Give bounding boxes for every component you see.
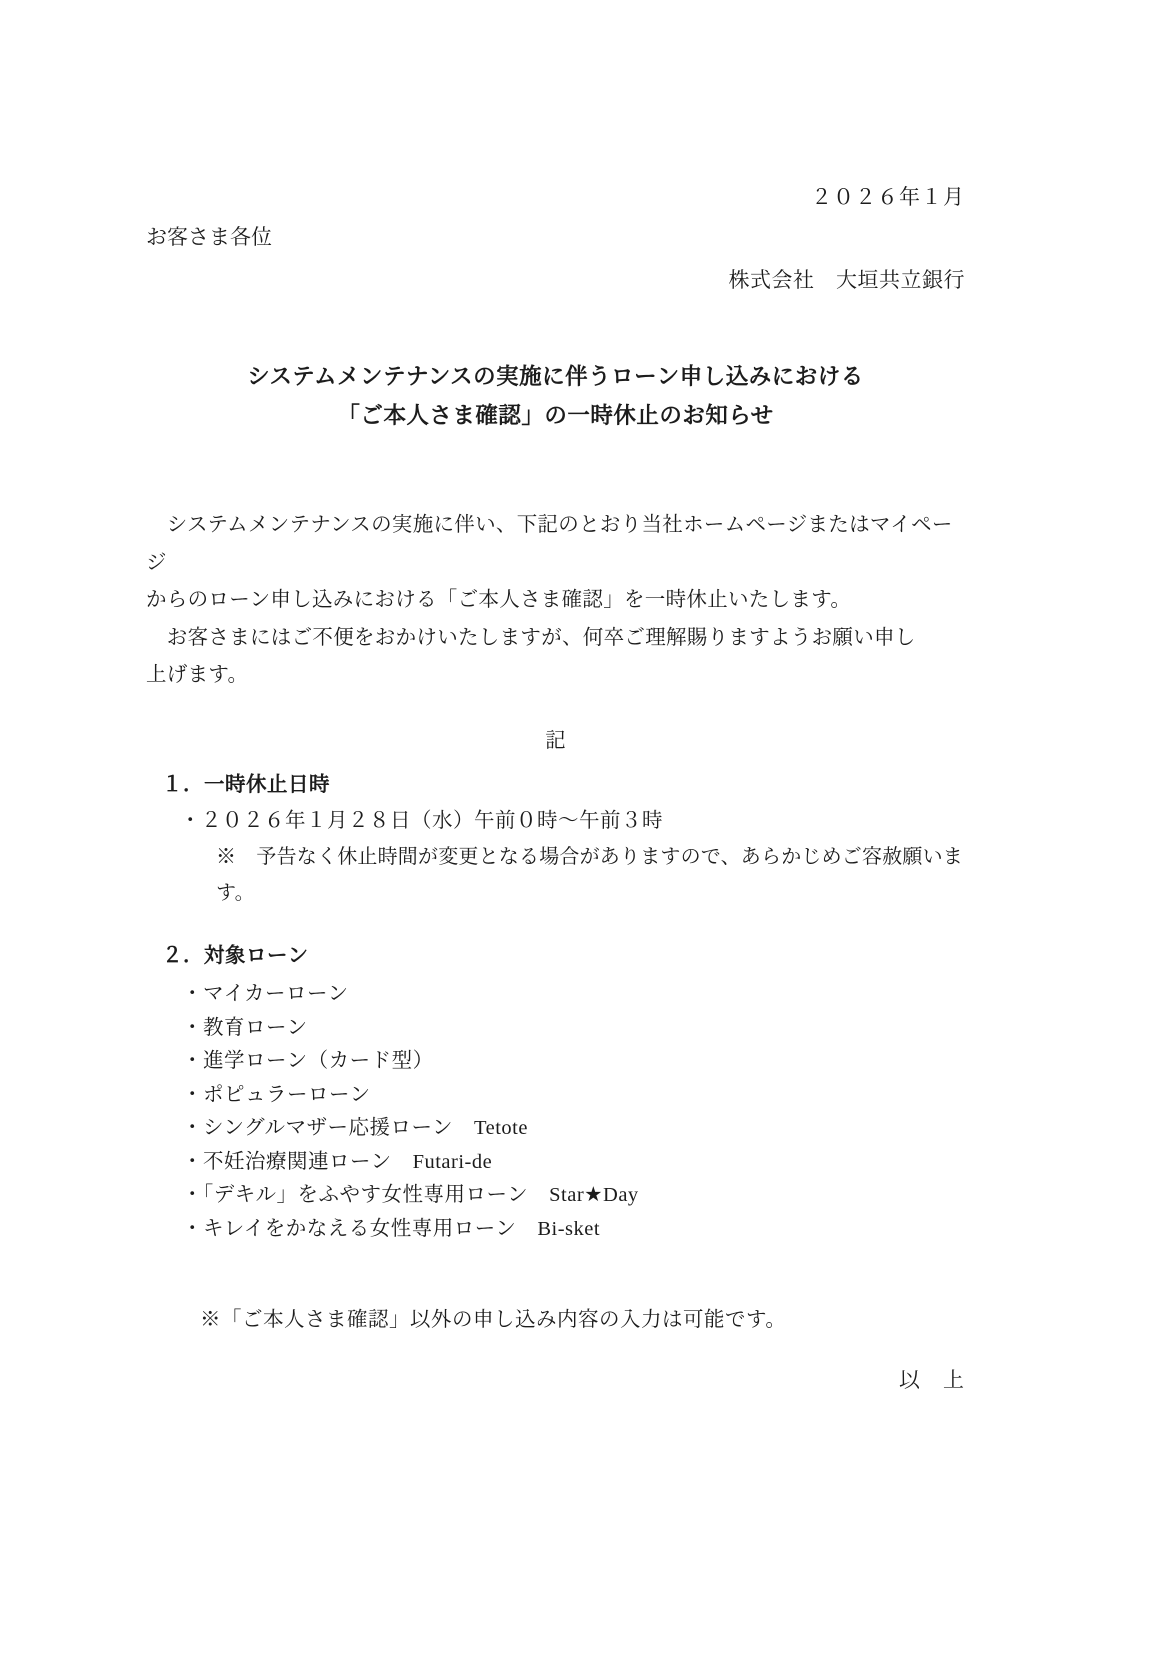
section1-heading: １．一時休止日時 — [162, 766, 965, 803]
loan-list: ・マイカーローン ・教育ローン ・進学ローン（カード型） ・ポピュラーローン ・… — [182, 978, 965, 1246]
loan-list-item: ・不妊治療関連ローン Futari-de — [182, 1146, 965, 1180]
suspension-datetime: ・２０２６年１月２８日（水）午前０時～午前３時 — [180, 803, 965, 839]
document-page: ２０２６年１月 お客さま各位 株式会社 大垣共立銀行 システムメンテナンスの実施… — [0, 0, 1170, 1654]
body-line: お客さまにはご不便をおかけいたしますが、何卒ご理解賜りますようお願い申し — [146, 620, 965, 658]
loan-list-item: ・「デキル」をふやす女性専用ローン Star★Day — [182, 1179, 965, 1213]
closing-mark: 以 上 — [146, 1362, 965, 1399]
document-title-line2: 「ご本人さま確認」の一時休止のお知らせ — [146, 396, 965, 435]
document-title: システムメンテナンスの実施に伴うローン申し込みにおける 「ご本人さま確認」の一時… — [146, 357, 965, 435]
loan-list-item: ・教育ローン — [182, 1012, 965, 1046]
loan-list-item: ・キレイをかなえる女性専用ローン Bi-sket — [182, 1213, 965, 1247]
body-line: システムメンテナンスの実施に伴い、下記のとおり当社ホームページまたはマイページ — [146, 507, 965, 582]
section1-note: ※ 予告なく休止時間が変更となる場合がありますので、あらかじめご容赦願います。 — [216, 839, 965, 911]
body-paragraphs: システムメンテナンスの実施に伴い、下記のとおり当社ホームページまたはマイページ … — [146, 507, 965, 695]
loan-list-item: ・ポピュラーローン — [182, 1079, 965, 1113]
issue-date: ２０２６年１月 — [146, 184, 965, 210]
document-title-line1: システムメンテナンスの実施に伴うローン申し込みにおける — [146, 357, 965, 396]
footer-note: ※「ご本人さま確認」以外の申し込み内容の入力は可能です。 — [200, 1302, 965, 1339]
sender-company: 株式会社 大垣共立銀行 — [146, 267, 965, 293]
body-line: 上げます。 — [146, 657, 965, 695]
loan-list-item: ・マイカーローン — [182, 978, 965, 1012]
recipient: お客さま各位 — [146, 224, 965, 250]
body-line: からのローン申し込みにおける「ご本人さま確認」を一時休止いたします。 — [146, 582, 965, 620]
loan-list-item: ・進学ローン（カード型） — [182, 1045, 965, 1079]
record-marker: 記 — [146, 723, 965, 761]
loan-list-item: ・シングルマザー応援ローン Tetote — [182, 1112, 965, 1146]
document-content: ２０２６年１月 お客さま各位 株式会社 大垣共立銀行 システムメンテナンスの実施… — [0, 0, 1170, 1399]
section2-heading: ２．対象ローン — [162, 937, 965, 974]
